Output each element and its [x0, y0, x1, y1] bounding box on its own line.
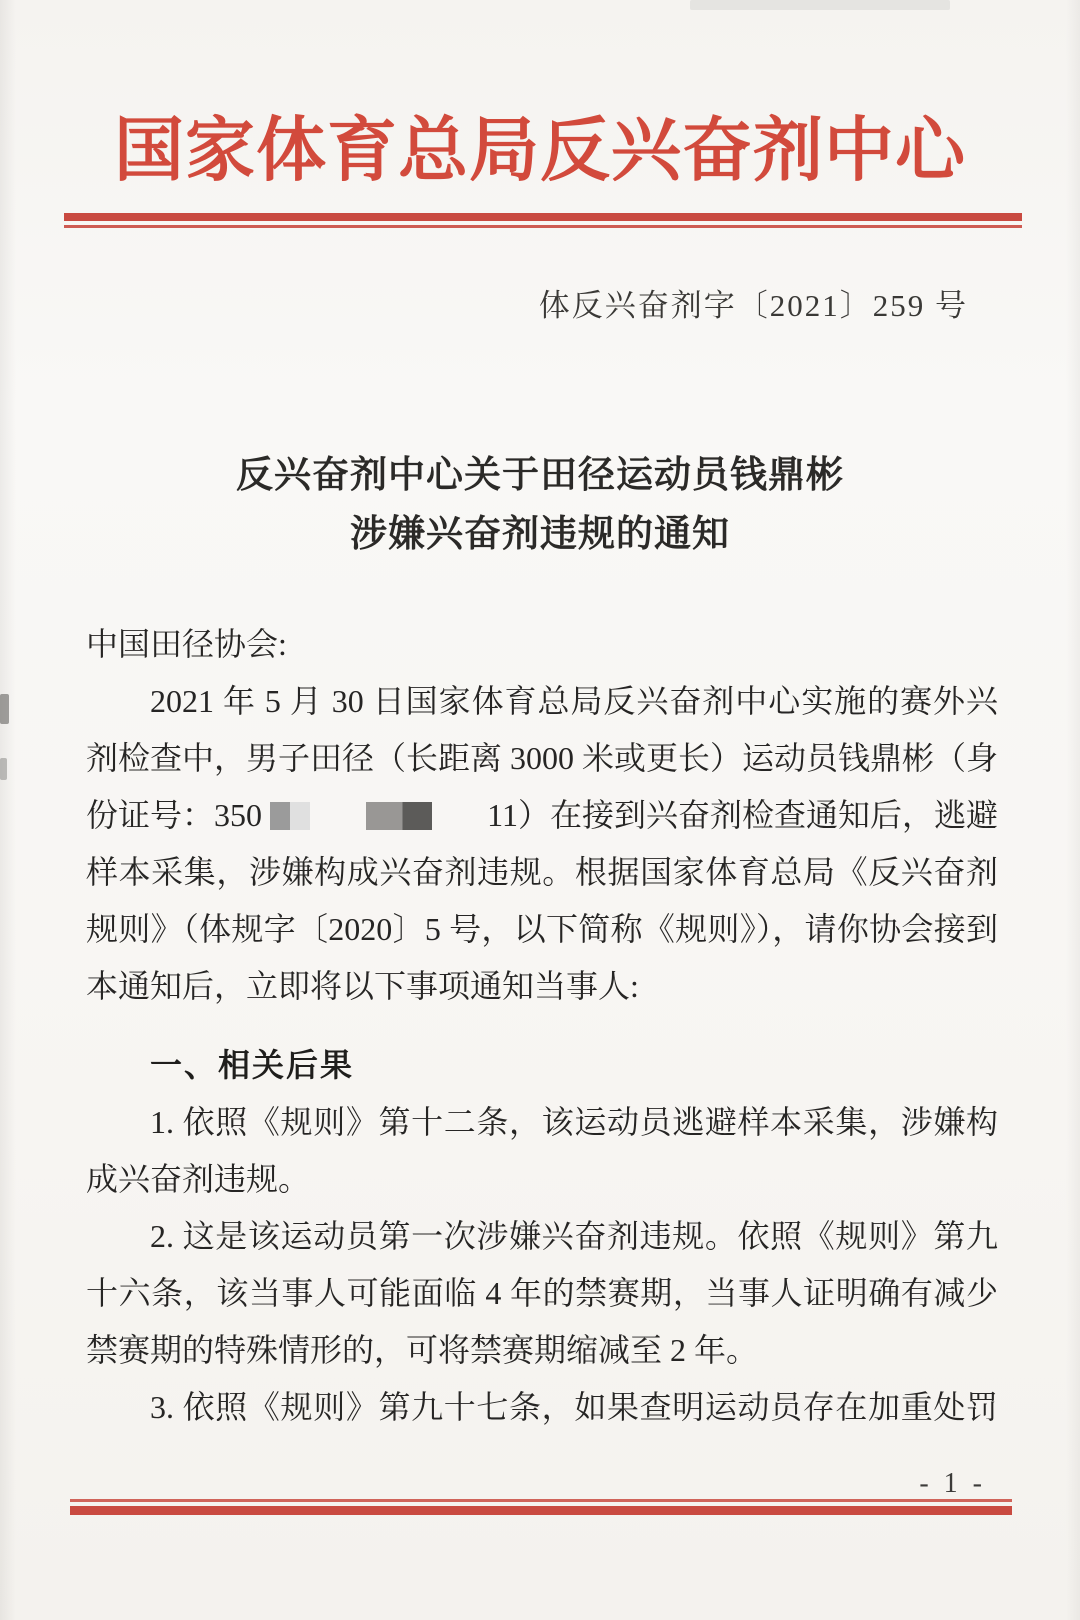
body-line: 样本采集，涉嫌构成兴奋剂违规。根据国家体育总局《反兴奋剂 — [86, 844, 998, 901]
body-line: 2021 年 5 月 30 日国家体育总局反兴奋剂中心实施的赛外兴奋 — [86, 673, 998, 730]
scan-artifact — [690, 0, 950, 10]
scanned-document-page: 国家体育总局反兴奋剂中心 体反兴奋剂字〔2021〕259 号 反兴奋剂中心关于田… — [0, 0, 1080, 1620]
redaction-block-2 — [366, 802, 432, 830]
redaction-block-1 — [270, 802, 310, 830]
letterhead-divider-thick-rule — [64, 213, 1022, 221]
document-number: 体反兴奋剂字〔2021〕259 号 — [539, 280, 968, 325]
document-title-line-2: 涉嫌兴奋剂违规的通知 — [0, 505, 1080, 564]
body-line: 2. 这是该运动员第一次涉嫌兴奋剂违规。依照《规则》第九 — [86, 1208, 998, 1265]
body-line: 成兴奋剂违规。 — [86, 1151, 998, 1208]
letterhead-org-name: 国家体育总局反兴奋剂中心 — [0, 98, 1080, 206]
body-line: 规则》（体规字〔2020〕5 号，以下简称《规则》），请你协会接到 — [86, 901, 998, 958]
body-line: 本通知后，立即将以下事项通知当事人: — [86, 958, 998, 1015]
body-line: 禁赛期的特殊情形的，可将禁赛期缩减至 2 年。 — [86, 1322, 998, 1379]
section-heading: 一、相关后果 — [86, 1037, 998, 1094]
footer-divider-thin-rule — [70, 1499, 1012, 1502]
body-line: 3. 依照《规则》第九十七条，如果查明运动员存在加重处罚 — [86, 1379, 998, 1436]
body-line-id-number: 份证号：35011）在接到兴奋剂检查通知后，逃避 — [86, 787, 998, 844]
id-line-prefix: 份证号：350 — [86, 787, 262, 844]
document-title-line-1: 反兴奋剂中心关于田径运动员钱鼎彬 — [0, 446, 1080, 505]
salutation: 中国田径协会: — [86, 616, 998, 673]
page-number: - 1 - — [919, 1468, 986, 1500]
document-title: 反兴奋剂中心关于田径运动员钱鼎彬 涉嫌兴奋剂违规的通知 — [0, 446, 1080, 564]
id-line-suffix: 11）在接到兴奋剂检查通知后，逃避 — [487, 787, 998, 844]
document-body: 中国田径协会: 2021 年 5 月 30 日国家体育总局反兴奋剂中心实施的赛外… — [86, 616, 998, 1436]
body-line: 剂检查中，男子田径（长距离 3000 米或更长）运动员钱鼎彬（身 — [86, 730, 998, 787]
footer-divider — [70, 1499, 1012, 1515]
body-line: 十六条，该当事人可能面临 4 年的禁赛期，当事人证明确有减少 — [86, 1265, 998, 1322]
scan-artifact — [0, 694, 9, 724]
scan-artifact — [0, 758, 7, 780]
letterhead-divider — [64, 213, 1022, 228]
footer-divider-thick-rule — [70, 1506, 1012, 1515]
body-line: 1. 依照《规则》第十二条，该运动员逃避样本采集，涉嫌构 — [86, 1094, 998, 1151]
letterhead-divider-thin-rule — [64, 225, 1022, 228]
